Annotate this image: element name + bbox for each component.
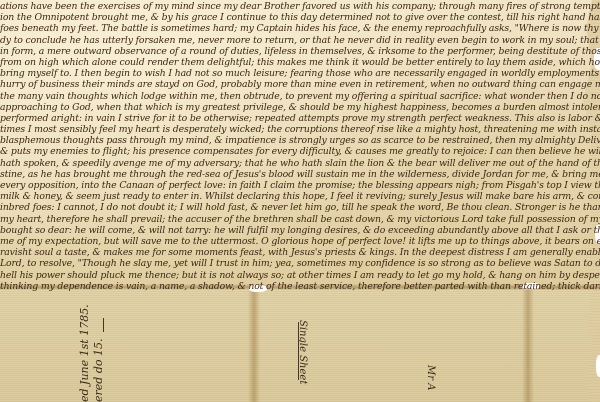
vertical-fold-crease-left bbox=[248, 290, 260, 402]
manuscript-line: inbred foes: I cannot, I do not doubt it… bbox=[0, 202, 600, 213]
manuscript-line: times I most sensibly feel my heart is d… bbox=[0, 124, 600, 135]
manuscript-line: the many vain thoughts which lodge withi… bbox=[0, 91, 600, 102]
manuscript-line: thinking my dependence is vain, a name, … bbox=[0, 281, 600, 292]
manuscript-line: me of my expectation, but will save me t… bbox=[0, 236, 600, 247]
endorsement-date-received: ed June 1st 1785. bbox=[78, 304, 91, 402]
manuscript-line: in form, a mere outward observance of a … bbox=[0, 46, 600, 57]
endorsement-dash bbox=[103, 318, 104, 332]
manuscript-line: performed aright: in vain I strive for i… bbox=[0, 113, 600, 124]
vertical-fold-crease-right bbox=[522, 290, 534, 402]
paper-tear-edge bbox=[596, 355, 600, 377]
manuscript-line: Lord, to resolve, "Though he slay me, ye… bbox=[0, 258, 600, 269]
manuscript-line: bring myself to. I then begin to wish I … bbox=[0, 68, 600, 79]
endorsement-underline bbox=[298, 322, 299, 380]
manuscript-line: & puts my enemies to flight; his presenc… bbox=[0, 146, 600, 157]
manuscript-line: ion the Omnipotent brought me, & by his … bbox=[0, 12, 600, 23]
manuscript-line: foes beneath my feet. The battle is some… bbox=[0, 23, 600, 34]
endorsement-date-answered: ered do 15. bbox=[92, 339, 105, 402]
manuscript-line: from on high which alone could render th… bbox=[0, 57, 600, 68]
manuscript-page: ations have been the exercises of my min… bbox=[0, 0, 600, 402]
manuscript-line: dy to conclude he has utterly forsaken m… bbox=[0, 35, 600, 46]
manuscript-line: every opposition, into the Canaan of per… bbox=[0, 180, 600, 191]
manuscript-line: hath spoken, & speedily avenge me of my … bbox=[0, 158, 600, 169]
manuscript-line: blasphemous thoughts pass through my min… bbox=[0, 135, 600, 146]
manuscript-line: milk & honey, & seem just ready to enter… bbox=[0, 191, 600, 202]
endorsement-address: Mr A bbox=[425, 365, 436, 390]
manuscript-line: approaching to God, when that which is m… bbox=[0, 102, 600, 113]
manuscript-line: ations have been the exercises of my min… bbox=[0, 1, 600, 12]
manuscript-line: hurry of business their minds are stayd … bbox=[0, 79, 600, 90]
manuscript-line: stine, as he has brought me through the … bbox=[0, 169, 600, 180]
manuscript-line: my heart, therefore he shall prevail; th… bbox=[0, 214, 600, 225]
manuscript-line: bought so dear: he will come, & will not… bbox=[0, 225, 600, 236]
manuscript-line: ravisht soul a taste, & makes me for som… bbox=[0, 247, 600, 258]
letter-body: ations have been the exercises of my min… bbox=[0, 1, 600, 292]
manuscript-line: hell his power should pluck me thence; b… bbox=[0, 270, 600, 281]
